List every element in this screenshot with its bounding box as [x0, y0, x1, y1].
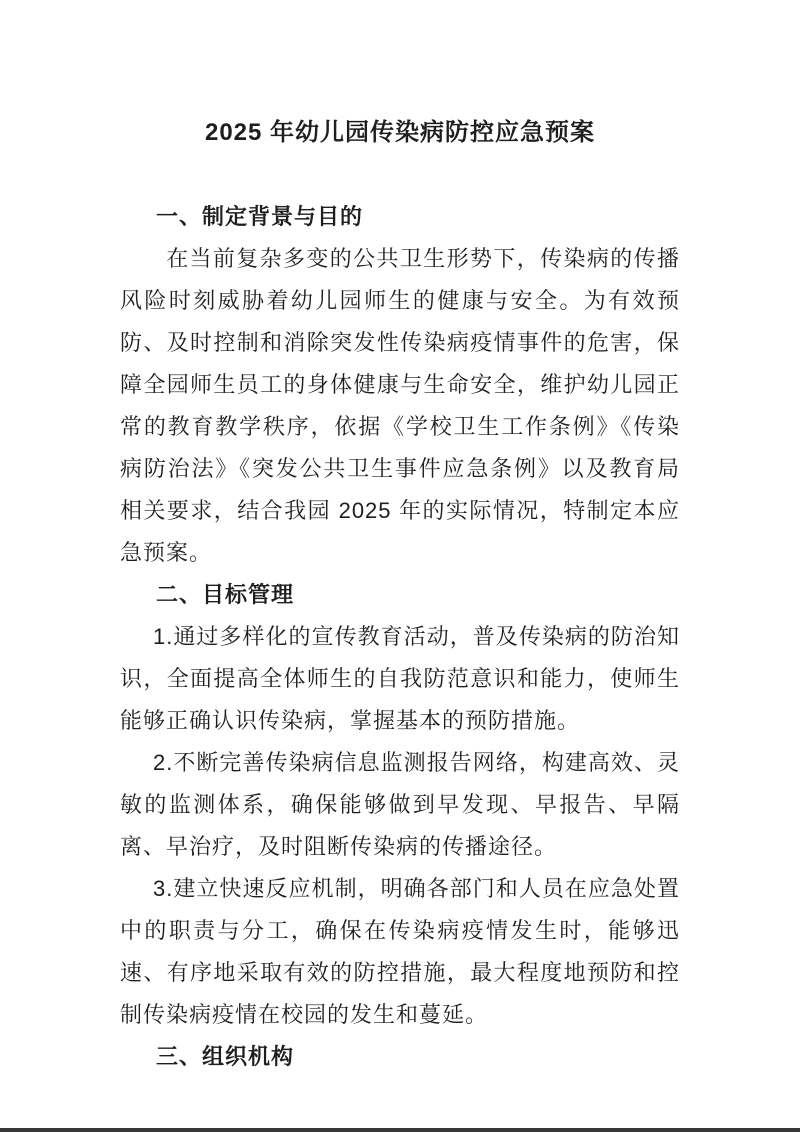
document-title: 2025 年幼儿园传染病防控应急预案	[120, 112, 680, 154]
paragraph-goal-3: 3.建立快速反应机制，明确各部门和人员在应急处置中的职责与分工，确保在传染病疫情…	[120, 868, 680, 1036]
paragraph-goal-2: 2.不断完善传染病信息监测报告网络，构建高效、灵敏的监测体系，确保能够做到早发现…	[120, 742, 680, 868]
page-bottom-edge	[0, 1128, 800, 1132]
document-page: 2025 年幼儿园传染病防控应急预案 一、制定背景与目的 在当前复杂多变的公共卫…	[0, 0, 800, 1132]
section-heading-goal-management: 二、目标管理	[120, 574, 680, 616]
section-heading-organization: 三、组织机构	[120, 1036, 680, 1078]
paragraph-background-purpose: 在当前复杂多变的公共卫生形势下，传染病的传播风险时刻威胁着幼儿园师生的健康与安全…	[120, 238, 680, 574]
paragraph-goal-1: 1.通过多样化的宣传教育活动，普及传染病的防治知识，全面提高全体师生的自我防范意…	[120, 616, 680, 742]
section-heading-background-purpose: 一、制定背景与目的	[120, 196, 680, 238]
